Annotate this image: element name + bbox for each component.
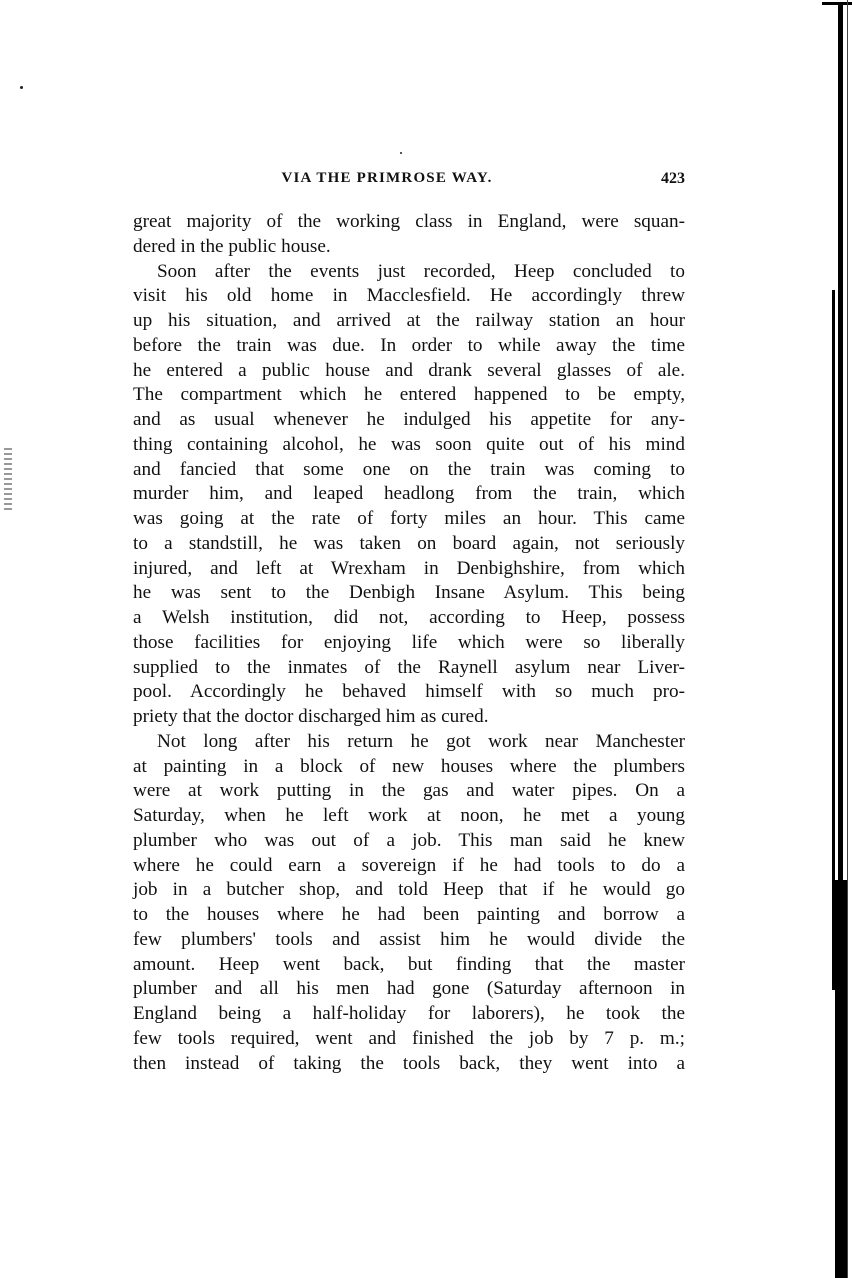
text-line: then instead of taking the tools back, t… xyxy=(133,1052,685,1077)
page-number: 423 xyxy=(661,170,685,188)
running-title-text: VIA THE PRIMROSE WAY. xyxy=(281,170,492,187)
text-line: at painting in a block of new houses whe… xyxy=(133,755,685,780)
text-line: great majority of the working class in E… xyxy=(133,210,685,235)
text-line: amount. Heep went back, but finding that… xyxy=(133,953,685,978)
text-line: before the train was due. In order to wh… xyxy=(133,334,685,359)
text-line: few tools required, went and finished th… xyxy=(133,1027,685,1052)
text-line: was going at the rate of forty miles an … xyxy=(133,507,685,532)
page-edge-right xyxy=(822,0,852,1278)
text-line: plumber and all his men had gone (Saturd… xyxy=(133,977,685,1002)
text-line: Soon after the events just recorded, Hee… xyxy=(133,260,685,285)
text-line: pool. Accordingly he behaved himself wit… xyxy=(133,680,685,705)
running-head: VIA THE PRIMROSE WAY. 423 xyxy=(133,170,685,192)
text-line: plumber who was out of a job. This man s… xyxy=(133,829,685,854)
text-line: Saturday, when he left work at noon, he … xyxy=(133,804,685,829)
scan-speck xyxy=(400,152,402,154)
text-line: to the houses where he had been painting… xyxy=(133,903,685,928)
book-page: VIA THE PRIMROSE WAY. 423 great majority… xyxy=(0,0,852,1278)
text-line: England being a half-holiday for laborer… xyxy=(133,1002,685,1027)
text-line: few plumbers' tools and assist him he wo… xyxy=(133,928,685,953)
scan-artifact-left xyxy=(4,448,12,510)
text-line: injured, and left at Wrexham in Denbighs… xyxy=(133,557,685,582)
text-line: where he could earn a sovereign if he ha… xyxy=(133,854,685,879)
body-text: great majority of the working class in E… xyxy=(133,210,685,1076)
text-line: supplied to the inmates of the Raynell a… xyxy=(133,656,685,681)
text-line: thing containing alcohol, he was soon qu… xyxy=(133,433,685,458)
text-line: were at work putting in the gas and wate… xyxy=(133,779,685,804)
text-line: murder him, and leaped headlong from the… xyxy=(133,482,685,507)
text-line: and fancied that some one on the train w… xyxy=(133,458,685,483)
text-line: those facilities for enjoying life which… xyxy=(133,631,685,656)
text-line: he was sent to the Denbigh Insane Asylum… xyxy=(133,581,685,606)
text-line: and as usual whenever he indulged his ap… xyxy=(133,408,685,433)
text-line: to a standstill, he was taken on board a… xyxy=(133,532,685,557)
running-title: VIA THE PRIMROSE WAY. xyxy=(133,170,685,187)
text-line: Not long after his return he got work ne… xyxy=(133,730,685,755)
text-line: priety that the doctor discharged him as… xyxy=(133,705,685,730)
text-line: up his situation, and arrived at the rai… xyxy=(133,309,685,334)
text-line: he entered a public house and drank seve… xyxy=(133,359,685,384)
edge-line xyxy=(847,0,848,1278)
text-line: The compartment which he entered happene… xyxy=(133,383,685,408)
text-line: dered in the public house. xyxy=(133,235,685,260)
scan-speck xyxy=(20,86,23,89)
text-line: a Welsh institution, did not, according … xyxy=(133,606,685,631)
text-line: job in a butcher shop, and told Heep tha… xyxy=(133,878,685,903)
text-line: visit his old home in Macclesfield. He a… xyxy=(133,284,685,309)
